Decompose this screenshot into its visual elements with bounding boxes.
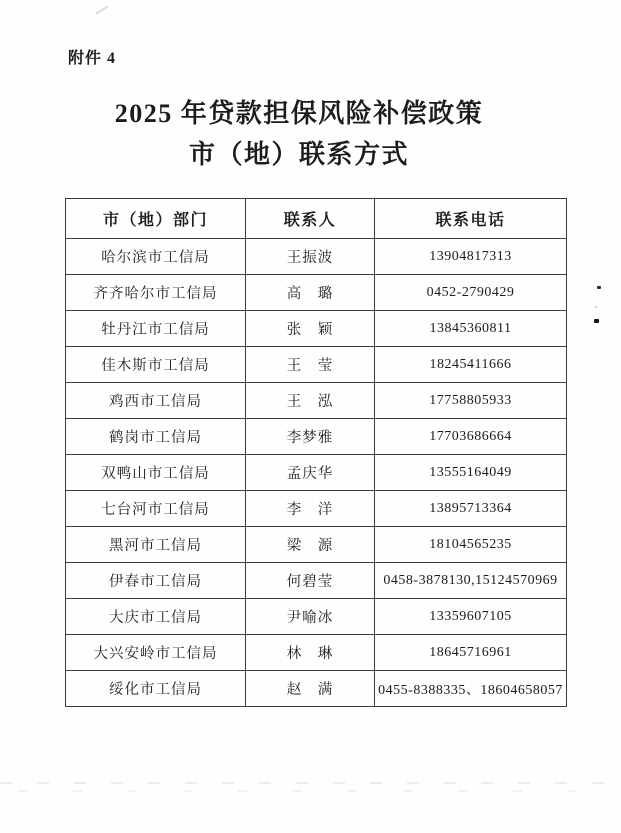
contact-cell: 李 洋 [246,491,375,527]
contact-cell: 何碧莹 [246,563,375,599]
table-row: 牡丹江市工信局张 颖13845360811 [66,311,567,347]
scan-artifact-dot [594,319,599,323]
phone-cell: 13845360811 [375,311,567,347]
phone-cell: 13555164049 [375,455,567,491]
scan-noise-band [0,782,621,784]
table-row: 七台河市工信局李 洋13895713364 [66,491,567,527]
department-cell: 大兴安岭市工信局 [66,635,246,671]
attachment-label: 附件 4 [68,45,116,68]
table-header-row: 市（地）部门 联系人 联系电话 [66,199,567,239]
scan-artifact-dot [597,286,601,289]
contact-cell: 高 璐 [246,275,375,311]
phone-cell: 18104565235 [375,527,567,563]
department-cell: 齐齐哈尔市工信局 [66,275,246,311]
table-row: 大兴安岭市工信局林 琳18645716961 [66,635,567,671]
phone-cell: 17758805933 [375,383,567,419]
contact-cell: 张 颖 [246,311,375,347]
phone-cell: 13904817313 [375,239,567,275]
contact-cell: 赵 满 [246,671,375,707]
table-row: 伊春市工信局何碧莹0458-3878130,15124570969 [66,563,567,599]
department-cell: 绥化市工信局 [66,671,246,707]
table-row: 绥化市工信局赵 满0455-8388335、18604658057 [66,671,567,707]
contact-cell: 王 莹 [246,347,375,383]
department-cell: 七台河市工信局 [66,491,246,527]
page-title-line1: 2025 年贷款担保风险补偿政策 [0,93,598,134]
department-cell: 大庆市工信局 [66,599,246,635]
scan-noise-band [18,790,608,792]
scan-smudge-mark [96,5,109,14]
contact-cell: 孟庆华 [246,455,375,491]
column-header-department: 市（地）部门 [66,199,246,239]
phone-cell: 0455-8388335、18604658057 [375,671,567,707]
department-cell: 双鸭山市工信局 [66,455,246,491]
phone-cell: 0458-3878130,15124570969 [375,563,567,599]
department-cell: 哈尔滨市工信局 [66,239,246,275]
page-title: 2025 年贷款担保风险补偿政策 市（地）联系方式 [0,93,598,175]
column-header-contact: 联系人 [246,199,375,239]
contact-table: 市（地）部门 联系人 联系电话 哈尔滨市工信局王振波13904817313齐齐哈… [65,198,567,707]
table-row: 齐齐哈尔市工信局高 璐0452-2790429 [66,275,567,311]
table-row: 双鸭山市工信局孟庆华13555164049 [66,455,567,491]
contact-cell: 王 泓 [246,383,375,419]
contact-cell: 李梦雅 [246,419,375,455]
phone-cell: 13359607105 [375,599,567,635]
scanned-document-page: 附件 4 2025 年贷款担保风险补偿政策 市（地）联系方式 市（地）部门 联系… [0,0,621,833]
column-header-phone: 联系电话 [375,199,567,239]
scan-artifact-dot [595,306,597,308]
table-body: 哈尔滨市工信局王振波13904817313齐齐哈尔市工信局高 璐0452-279… [66,239,567,707]
phone-cell: 18245411666 [375,347,567,383]
contact-cell: 林 琳 [246,635,375,671]
contact-cell: 梁 源 [246,527,375,563]
table-row: 哈尔滨市工信局王振波13904817313 [66,239,567,275]
phone-cell: 0452-2790429 [375,275,567,311]
department-cell: 伊春市工信局 [66,563,246,599]
table-row: 大庆市工信局尹喻冰13359607105 [66,599,567,635]
phone-cell: 18645716961 [375,635,567,671]
contact-cell: 王振波 [246,239,375,275]
department-cell: 黑河市工信局 [66,527,246,563]
department-cell: 鹤岗市工信局 [66,419,246,455]
department-cell: 牡丹江市工信局 [66,311,246,347]
contact-cell: 尹喻冰 [246,599,375,635]
department-cell: 佳木斯市工信局 [66,347,246,383]
table-row: 黑河市工信局梁 源18104565235 [66,527,567,563]
phone-cell: 13895713364 [375,491,567,527]
table-row: 佳木斯市工信局王 莹18245411666 [66,347,567,383]
table-row: 鹤岗市工信局李梦雅17703686664 [66,419,567,455]
table-row: 鸡西市工信局王 泓17758805933 [66,383,567,419]
phone-cell: 17703686664 [375,419,567,455]
page-title-line2: 市（地）联系方式 [0,134,598,175]
department-cell: 鸡西市工信局 [66,383,246,419]
